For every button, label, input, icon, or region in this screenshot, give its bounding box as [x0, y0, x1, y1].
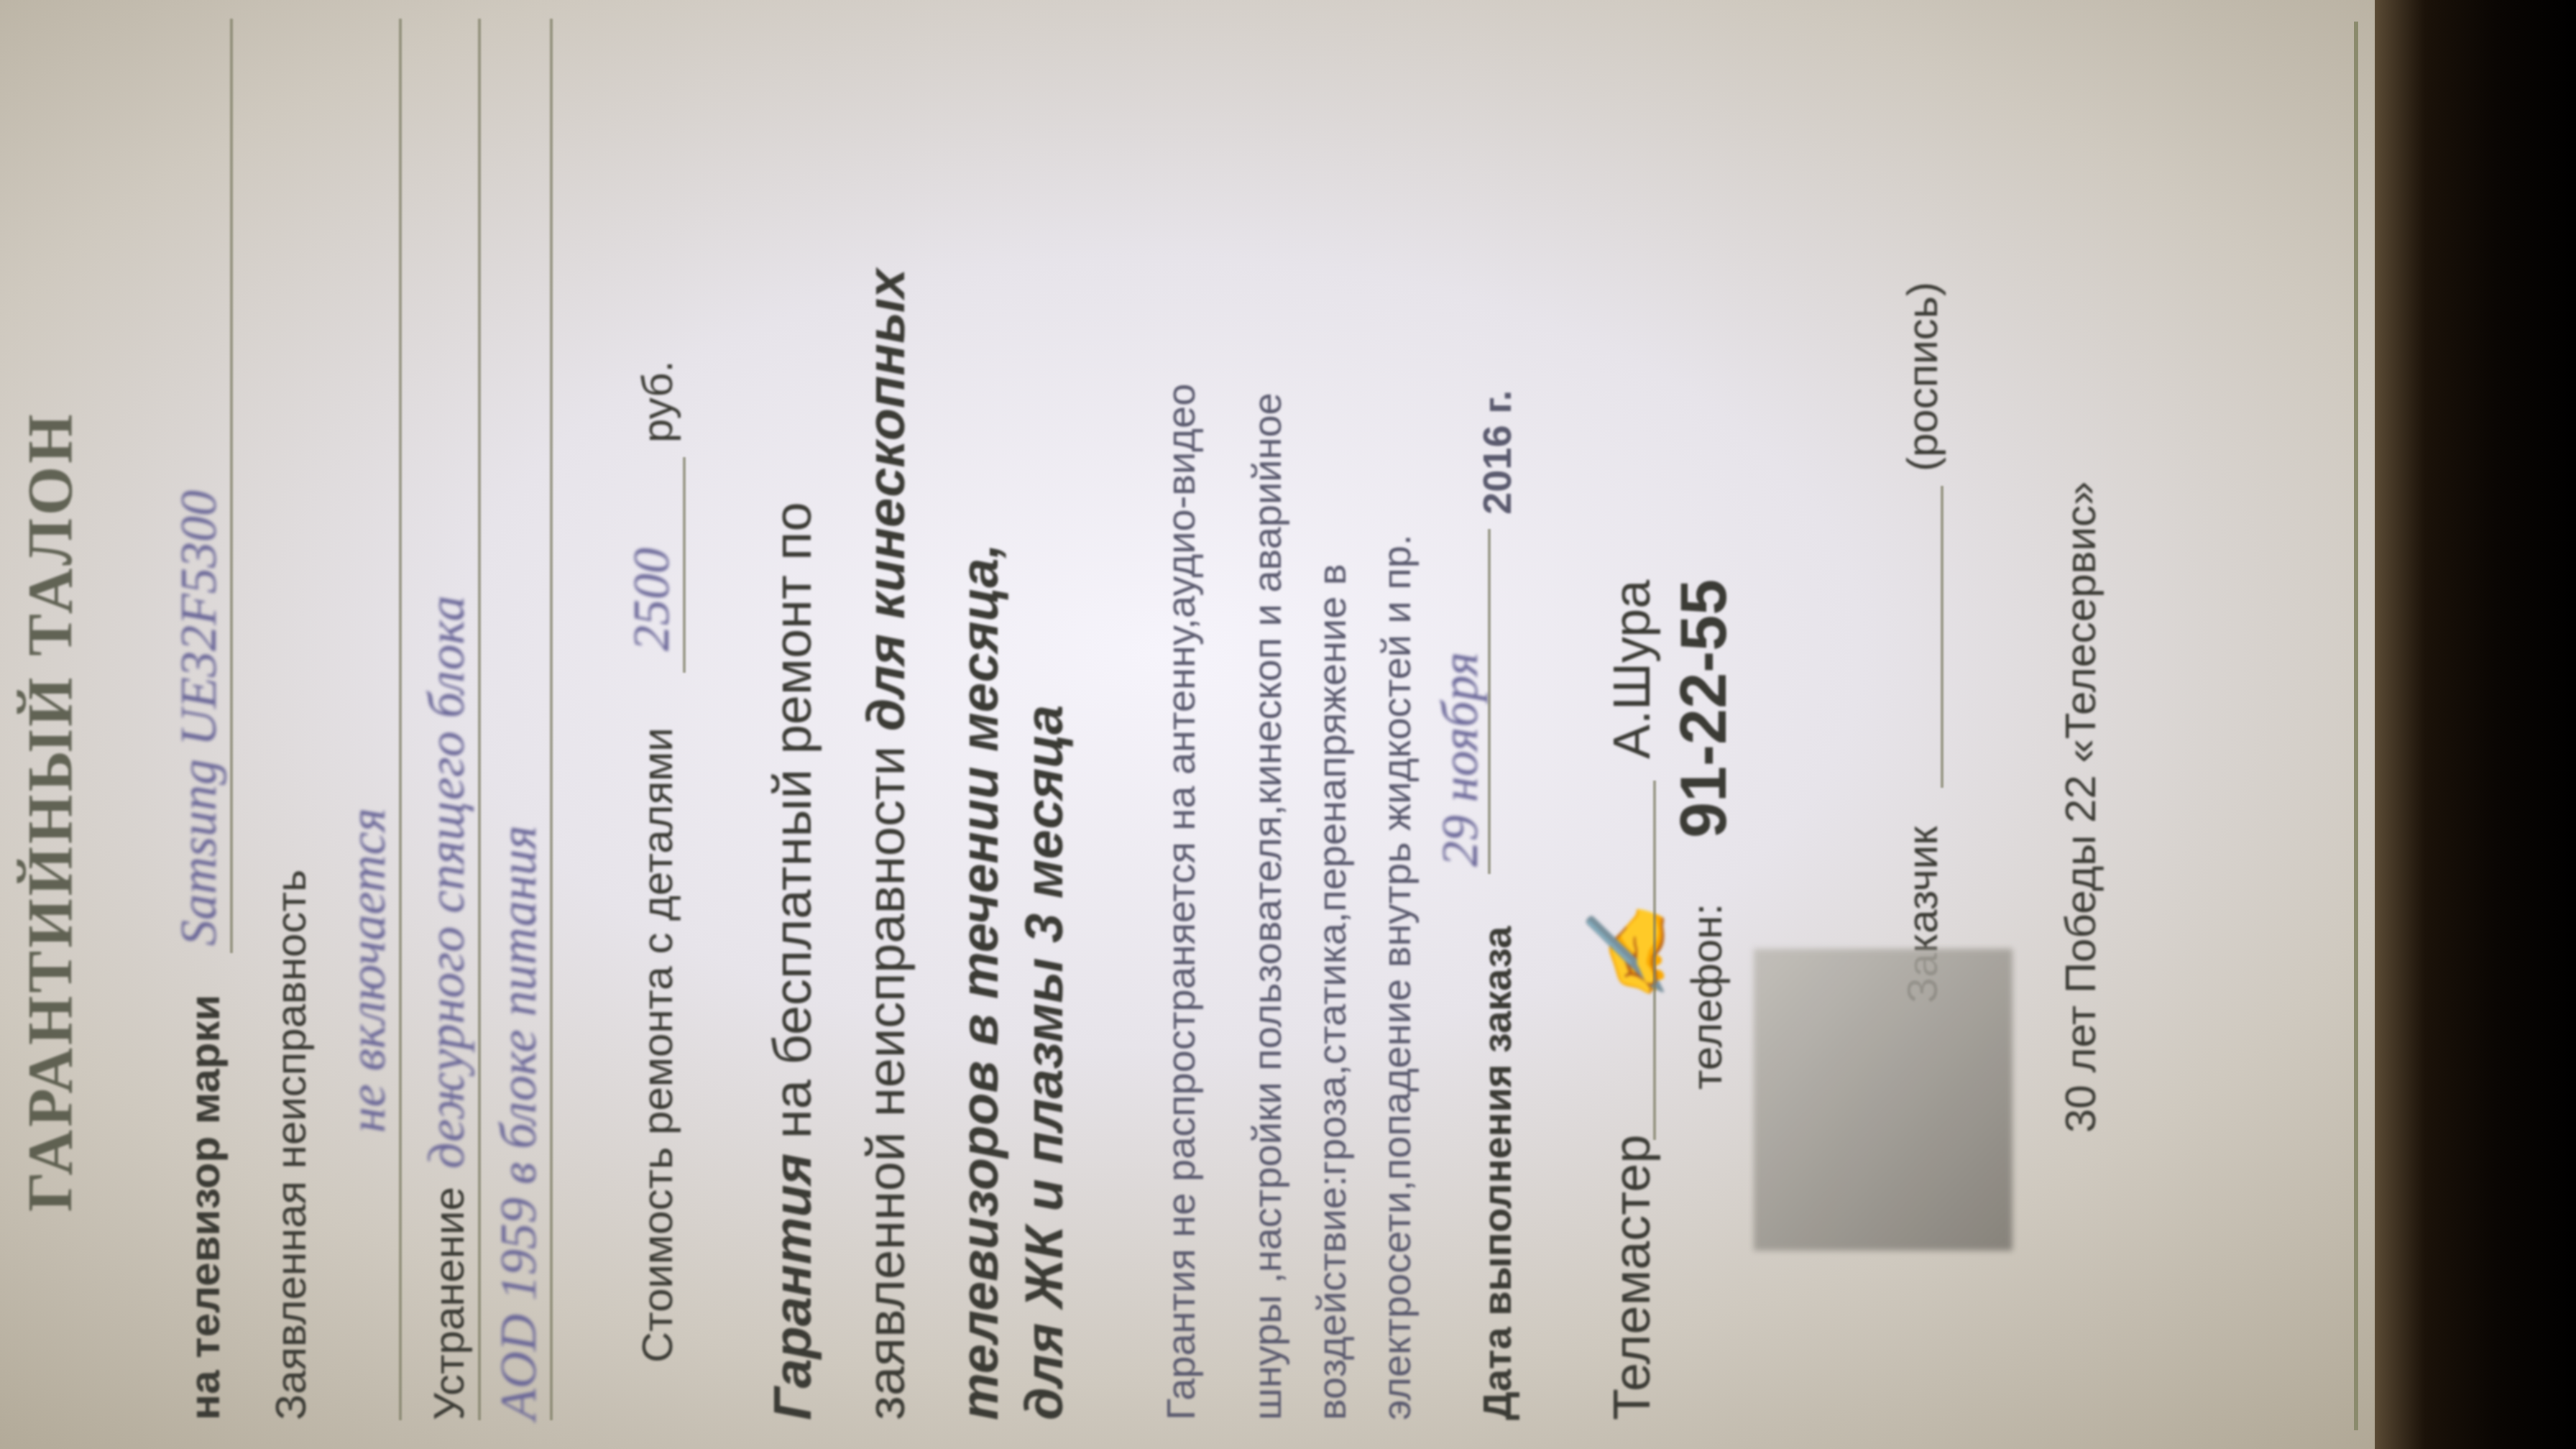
cost-unit: руб. [632, 361, 682, 443]
fault-label: Заявленная неисправность [266, 870, 316, 1420]
fault-value: не включается [338, 808, 397, 1133]
cost-value: 2500 [622, 548, 681, 651]
exclusion-line-1: Гарантия не распространяется на антенну,… [1157, 384, 1204, 1420]
master-signature: ✍ [1581, 905, 1674, 1003]
cost-label: Стоимость ремонта с деталями [632, 727, 682, 1363]
date-value: 29 ноября [1430, 652, 1490, 867]
warranty-line-4: для ЖК и плазмы 3 месяца [1013, 705, 1075, 1420]
warranty-line-3: телевизоров в течении месяца, [949, 543, 1010, 1420]
warranty-line-2a: заявленной неисправности [856, 746, 916, 1420]
tv-brand-label: на телевизор марки [180, 995, 229, 1420]
date-label: Дата выполнения заказа [1473, 926, 1520, 1420]
master-label: Телемастер [1603, 1135, 1662, 1420]
warranty-card-photo: ГАРАНТИЙНЫЙ ТАЛОН на телевизор марки Sam… [0, 0, 2576, 1449]
phone-label: телефон: [1682, 903, 1731, 1090]
warranty-line-2b: для кинескопных [856, 269, 916, 732]
fix-label: Устранение [424, 1187, 474, 1420]
document-title: ГАРАНТИЙНЫЙ ТАЛОН [14, 411, 87, 1212]
exclusion-line-4: электросети,попадение внутрь жидкостей и… [1373, 535, 1420, 1420]
phone-value: 91-22-55 [1667, 579, 1742, 838]
dark-background-edge [2375, 0, 2576, 1449]
master-name: А.Шура [1603, 580, 1662, 759]
fix-value-2: AOD 1959 в блоке питания [489, 825, 548, 1420]
signature-label: (роспись) [1897, 282, 1947, 471]
fix-value-1: дежурного спящего блока [417, 596, 477, 1169]
warranty-lead: Гарантия [763, 1154, 822, 1420]
exclusion-line-3: воздействие:гроза,статика,перенапряжение… [1308, 563, 1355, 1420]
date-year: 2016 г. [1473, 390, 1520, 515]
tv-brand-value: Samsung UE32F5300 [169, 490, 229, 946]
tv-logo-image [1754, 949, 2012, 1251]
exclusion-line-2: шнуры ,настройки пользователя,кинескоп и… [1243, 392, 1290, 1420]
warranty-line-1: на бесплатный ремонт по [763, 502, 822, 1138]
address: 30 лет Победы 22 «Телесервис» [2056, 482, 2105, 1133]
